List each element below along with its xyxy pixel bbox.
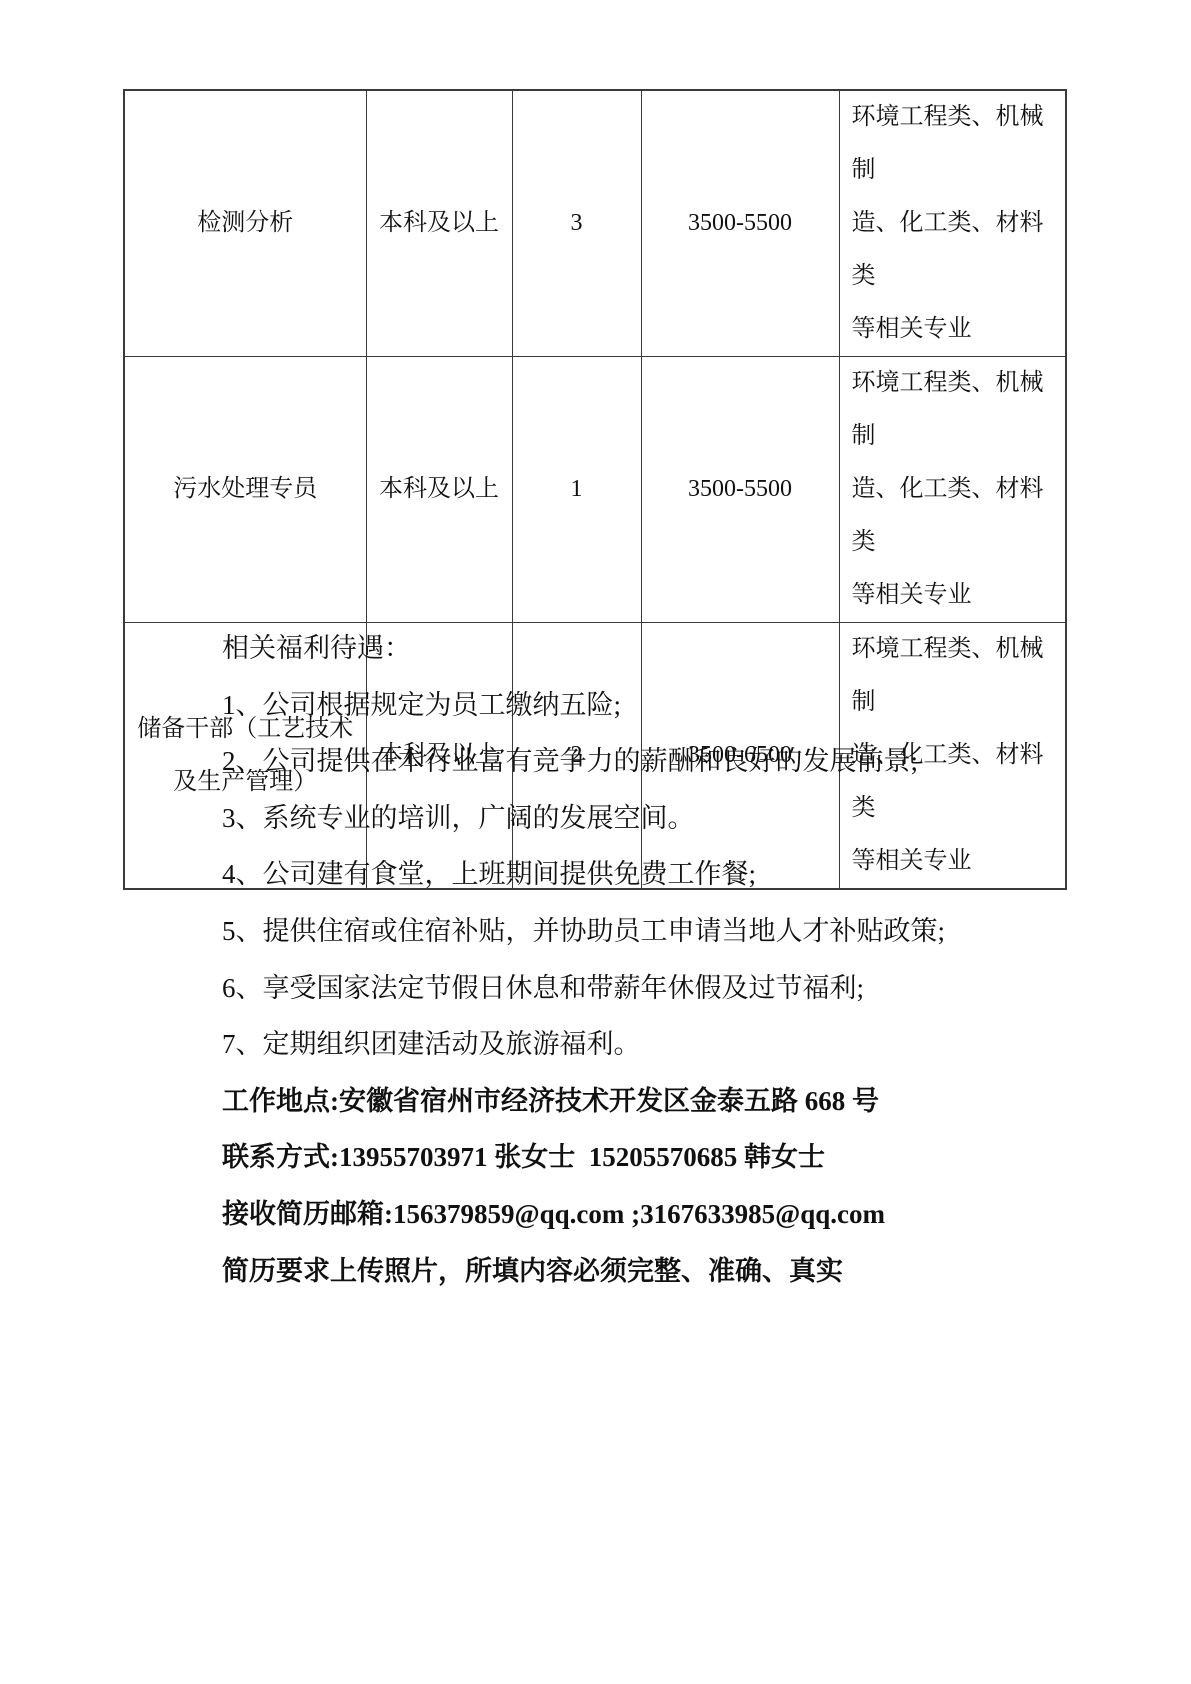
resume-requirement-note: 简历要求上传照片，所填内容必须完整、准确、真实 [222, 1243, 1082, 1300]
cell-major: 环境工程类、机械制 造、化工类、材料类 等相关专业 [839, 357, 1066, 623]
cell-position: 污水处理专员 [124, 357, 366, 623]
contact-phones: 联系方式:13955703971 张女士 15205570685 韩女士 [222, 1129, 1082, 1186]
cell-position: 检测分析 [124, 90, 366, 357]
cell-major: 环境工程类、机械制 造、化工类、材料类 等相关专业 [839, 90, 1066, 357]
cell-headcount: 1 [512, 357, 641, 623]
benefits-heading: 相关福利待遇： [222, 620, 1082, 677]
benefit-item: 6、享受国家法定节假日休息和带薪年休假及过节福利; [222, 960, 1082, 1017]
table-row: 检测分析 本科及以上 3 3500-5500 环境工程类、机械制 造、化工类、材… [124, 90, 1066, 357]
cell-salary: 3500-5500 [641, 90, 839, 357]
benefit-item: 3、系统专业的培训，广阔的发展空间。 [222, 790, 1082, 847]
benefits-section: 相关福利待遇： 1、公司根据规定为员工缴纳五险; 2、公司提供在本行业富有竞争力… [222, 620, 1082, 1299]
benefit-item: 1、公司根据规定为员工缴纳五险; [222, 677, 1082, 734]
benefit-item: 5、提供住宿或住宿补贴，并协助员工申请当地人才补贴政策; [222, 903, 1082, 960]
benefit-item: 4、公司建有食堂，上班期间提供免费工作餐; [222, 846, 1082, 903]
document-page: 检测分析 本科及以上 3 3500-5500 环境工程类、机械制 造、化工类、材… [0, 0, 1191, 1684]
benefit-item: 2、公司提供在本行业富有竞争力的薪酬和良好的发展前景; [222, 733, 1082, 790]
cell-salary: 3500-5500 [641, 357, 839, 623]
cell-education: 本科及以上 [366, 90, 512, 357]
cell-education: 本科及以上 [366, 357, 512, 623]
table-row: 污水处理专员 本科及以上 1 3500-5500 环境工程类、机械制 造、化工类… [124, 357, 1066, 623]
benefit-item: 7、定期组织团建活动及旅游福利。 [222, 1016, 1082, 1073]
work-location: 工作地点:安徽省宿州市经济技术开发区金泰五路 668 号 [222, 1073, 1082, 1130]
cell-headcount: 3 [512, 90, 641, 357]
resume-email: 接收简历邮箱:156379859@qq.com ;3167633985@qq.c… [222, 1186, 1082, 1243]
